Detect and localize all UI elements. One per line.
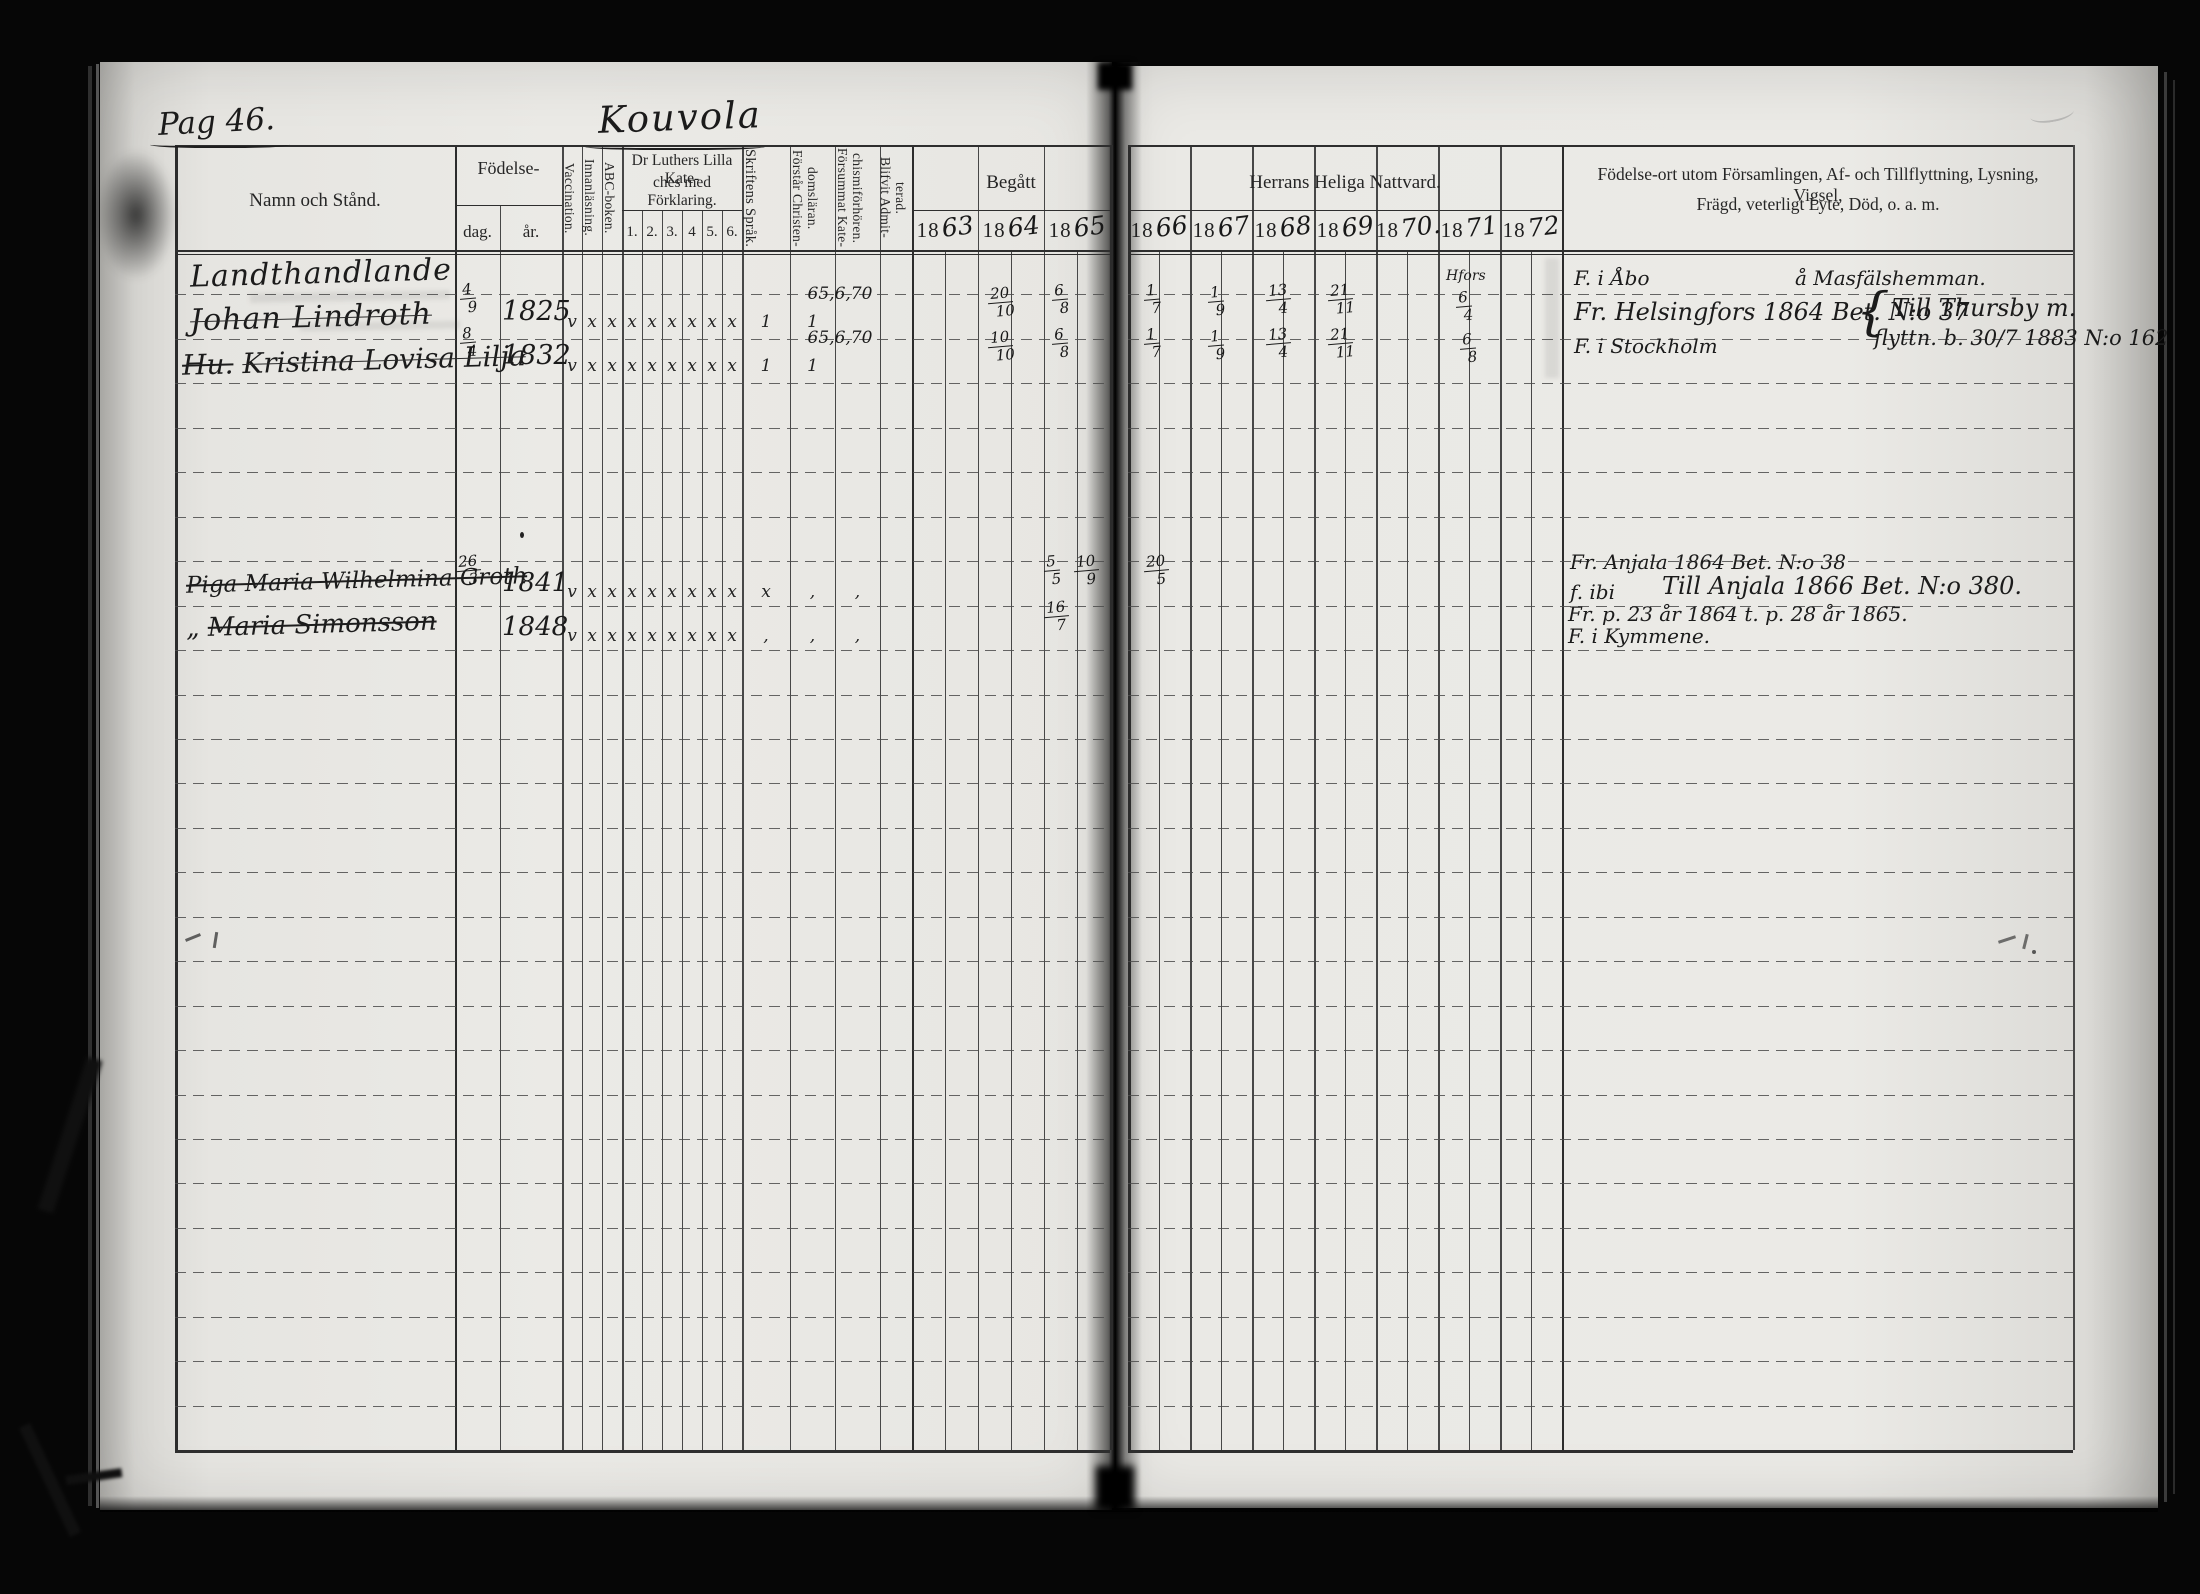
grid-line [1128, 517, 2073, 518]
check-mark: x [722, 356, 742, 376]
grid-line [1011, 250, 1012, 1450]
grid-line [1044, 145, 1045, 1450]
entry-name-text: Maria Simonsson [207, 607, 437, 643]
catechism-subcolumn-2: 2. [642, 224, 662, 241]
grid-line [1190, 145, 1192, 1450]
grid-line [175, 606, 1110, 607]
check-mark: , [790, 582, 835, 602]
grid-line [1345, 250, 1346, 1450]
grid-line [1128, 872, 2073, 873]
year-prefix: 18 [1131, 218, 1154, 242]
check-mark: x [582, 582, 602, 602]
grid-line [1159, 250, 1160, 1450]
grid-line [1128, 145, 1131, 1450]
column-header-understands-line1: Förstår Christen- [790, 148, 805, 248]
year-header-1864: 1864 [978, 214, 1044, 243]
year-prefix: 18 [917, 218, 940, 242]
grid-line [175, 1406, 1110, 1407]
column-header-admitted-line2: terad. [893, 148, 908, 248]
grid-line [742, 145, 744, 1450]
entry-communion-1865b-maria-w: 109 [1075, 553, 1103, 588]
year-suffix: 65 [1072, 210, 1107, 243]
grid-line [582, 145, 583, 1450]
check-mark: v [562, 356, 582, 376]
grid-line [1128, 650, 2073, 651]
grid-line [1376, 145, 1378, 1450]
grid-line [175, 561, 1110, 562]
check-mark: x [682, 356, 702, 376]
catechism-subcolumn-4: 4 [682, 224, 702, 241]
entry-birthyear-maria-w: 1841 [502, 568, 568, 598]
note-farm-name: å Masfälshemman. [1795, 266, 1986, 290]
check-mark: 1 [790, 356, 835, 376]
grid-line [1128, 917, 2073, 918]
column-header-birth-year: år. [500, 222, 562, 242]
grid-line [1562, 145, 1564, 1450]
grid-line [622, 210, 742, 211]
grid-line [912, 210, 1110, 211]
entry-communion-1865-johan: 68 [1053, 282, 1071, 316]
grid-line [175, 339, 1110, 340]
year-prefix: 18 [1049, 218, 1072, 242]
grid-line [175, 1272, 1110, 1273]
grid-line [642, 210, 643, 1450]
note-moved-to-anjala: Till Anjala 1866 Bet. N:o 380. [1662, 572, 2022, 600]
entry-birthyear-johan: 1825 [502, 296, 571, 327]
entry-communion-1865a-maria-w: 55 [1045, 553, 1063, 587]
entry-marks-johan: vxxxxxxxx11 [562, 312, 835, 332]
grid-line [1128, 383, 2073, 384]
grid-line [1128, 1228, 2073, 1229]
check-mark: x [702, 356, 722, 376]
year-suffix: 70. [1399, 210, 1442, 244]
year-prefix: 18 [1193, 218, 1216, 242]
year-prefix: 18 [1441, 218, 1464, 242]
check-mark: , [835, 626, 880, 646]
page-number-underline [150, 140, 290, 148]
column-header-abc-book: ABC-boken. [602, 148, 622, 248]
check-mark: x [602, 312, 622, 332]
column-header-birth-day: dag. [455, 222, 500, 242]
grid-line [175, 1006, 1110, 1007]
entry-communion-1871-johan: 64 [1457, 289, 1475, 323]
note-communion-ages: Fr. p. 23 år 1864 t. p. 28 år 1865. [1568, 602, 1908, 626]
entry-communion-1867-kristina: 19 [1209, 328, 1227, 362]
grid-line [1128, 1317, 2073, 1318]
check-mark: x [662, 312, 682, 332]
check-mark: v [562, 582, 582, 602]
entry-catechism-years-johan: 65,6,70 [796, 284, 884, 304]
entry-birthday-johan: 49 [461, 281, 479, 315]
ink-blotch [96, 150, 176, 280]
check-mark: x [622, 356, 642, 376]
check-mark: x [582, 356, 602, 376]
parish-title: Kouvola [597, 93, 762, 142]
grid-line [1128, 1361, 2073, 1362]
check-mark: x [602, 582, 622, 602]
grid-line [175, 1361, 1110, 1362]
entry-communion-1868-johan: 134 [1267, 282, 1295, 317]
check-mark: , [790, 626, 835, 646]
grid-line [1128, 739, 2073, 740]
grid-line [1128, 1450, 2073, 1453]
entry-birthyear-kristina: 1832 [502, 340, 571, 371]
grid-line [1438, 145, 1440, 1450]
grid-line [1128, 828, 2073, 829]
check-mark: x [622, 626, 642, 646]
grid-line [1531, 250, 1532, 1450]
check-mark: x [622, 582, 642, 602]
check-mark: v [562, 312, 582, 332]
entry-communion-1868-kristina: 134 [1267, 326, 1295, 361]
grid-line [175, 1317, 1110, 1318]
entry-name-johan: Johan Lindroth [190, 297, 433, 339]
entry-communion-1864-johan: 2010 [989, 285, 1017, 320]
grid-line [1128, 1406, 2073, 1407]
year-suffix: 69 [1340, 210, 1375, 243]
check-mark: , [742, 626, 790, 646]
grid-line [1128, 1050, 2073, 1051]
column-header-admitted-line1: Blifvit Admit- [878, 148, 893, 248]
check-mark: v [562, 626, 582, 646]
check-mark: x [582, 312, 602, 332]
check-mark: x [722, 312, 742, 332]
check-mark: x [662, 582, 682, 602]
note-moved-to-thursby: Till Thursby m. [1892, 294, 2076, 322]
column-header-scripture: Skriftens Språk. [742, 148, 790, 248]
entry-communion-1865-maria-s: 167 [1045, 599, 1073, 634]
check-mark: x [702, 312, 722, 332]
grid-line [175, 650, 1110, 651]
grid-line [1283, 250, 1284, 1450]
check-mark: 1 [742, 356, 790, 376]
year-header-1866: 1866 [1128, 214, 1190, 243]
check-mark: x [682, 582, 702, 602]
year-suffix: 67 [1216, 210, 1251, 243]
grid-line [175, 517, 1110, 518]
grid-line [175, 383, 1110, 384]
entry-communion-1866-maria-w: 205 [1145, 553, 1173, 588]
grid-line [175, 917, 1110, 918]
check-mark: x [602, 356, 622, 376]
catechism-subcolumn-5: 5. [702, 224, 722, 241]
check-mark: x [702, 582, 722, 602]
column-header-admitted: Blifvit Admit- terad. [878, 148, 912, 248]
year-suffix: 64 [1006, 210, 1041, 243]
grid-line [175, 428, 1110, 429]
column-header-communion-left: Begått [912, 172, 1110, 194]
grid-line [1314, 145, 1316, 1450]
year-prefix: 18 [1255, 218, 1278, 242]
grid-line [662, 210, 663, 1450]
grid-line [1128, 428, 2073, 429]
grid-line [175, 739, 1110, 740]
grid-line [978, 145, 979, 1450]
scanned-ledger-spread: Pag 46. Kouvola Namn och Stånd. Födelse-… [0, 0, 2200, 1594]
grid-line [175, 250, 1110, 252]
grid-line [175, 1228, 1110, 1229]
grid-line [1128, 472, 2073, 473]
entry-communion-1865-kristina: 68 [1053, 326, 1071, 360]
grid-line [1252, 145, 1254, 1450]
year-header-1863: 1863 [912, 214, 978, 243]
grid-line [1128, 254, 2073, 255]
grid-line [1128, 210, 1562, 211]
grid-line [1128, 1272, 2073, 1273]
grid-line [1128, 961, 2073, 962]
grid-line [175, 961, 1110, 962]
column-header-missed-line2: chismiförhören. [850, 148, 865, 248]
entry-communion-1871-kristina: 68 [1461, 331, 1479, 365]
column-header-vaccination: Vaccination. [562, 148, 582, 248]
entry-communion-1871-place-johan: Hfors [1446, 268, 1486, 284]
entry-communion-1866-johan: 17 [1145, 282, 1163, 316]
year-prefix: 18 [1503, 218, 1526, 242]
check-mark: x [702, 626, 722, 646]
check-mark: x [662, 626, 682, 646]
check-mark: , [835, 582, 880, 602]
check-mark: x [582, 626, 602, 646]
entry-communion-1866-kristina: 17 [1145, 326, 1163, 360]
entry-communion-1869-kristina: 2111 [1329, 326, 1357, 361]
entry-marks-kristina: vxxxxxxxx11 [562, 356, 835, 376]
grid-line [175, 254, 1110, 255]
note-moving-certificate: flyttn. b. 30/7 1883 N:o 162 [1874, 326, 2168, 350]
year-suffix: 68 [1278, 210, 1313, 243]
entry-birthyear-maria-s: 1848 [502, 612, 568, 642]
grid-line [1407, 250, 1408, 1450]
grid-line [175, 1183, 1110, 1184]
note-born-ibidem: f. ibi [1570, 580, 1615, 604]
column-header-name: Namn och Stånd. [175, 190, 455, 212]
grid-line [702, 210, 703, 1450]
check-mark: x [682, 626, 702, 646]
check-mark: x [662, 356, 682, 376]
grid-line [1500, 145, 1502, 1450]
grid-line [1077, 250, 1078, 1450]
entry-birthday-kristina: 84 [461, 325, 479, 359]
grid-line [175, 783, 1110, 784]
year-header-1872: 1872 [1500, 214, 1562, 243]
check-mark: 1 [742, 312, 790, 332]
column-header-understands-line2: domsläran. [805, 148, 820, 248]
column-header-birth: Födelse- [455, 158, 562, 179]
grid-line [455, 205, 562, 206]
year-prefix: 18 [983, 218, 1006, 242]
column-header-missed-line1: Försummat Kate- [835, 148, 850, 248]
entry-communion-1867-johan: 19 [1209, 284, 1227, 318]
check-mark: x [642, 312, 662, 332]
note-birthplace-johan: F. i Åbo [1574, 266, 1650, 290]
check-mark: x [722, 582, 742, 602]
check-mark: x [622, 312, 642, 332]
year-suffix: 66 [1154, 210, 1189, 243]
year-suffix: 63 [940, 210, 975, 243]
gutter-blob [1096, 1466, 1134, 1510]
check-mark: x [642, 626, 662, 646]
check-mark: x [602, 626, 622, 646]
grid-line [1128, 145, 2073, 147]
grid-line [175, 1095, 1110, 1096]
year-prefix: 18 [1317, 218, 1340, 242]
entry-communion-1864-kristina: 1010 [989, 329, 1017, 364]
grid-line [722, 210, 723, 1450]
entry-catechism-years-kristina: 65,6,70 [796, 328, 884, 348]
catechism-subcolumn-3: 3. [662, 224, 682, 241]
grid-line [1128, 1183, 2073, 1184]
ink-dot [520, 532, 524, 538]
grid-line [175, 1139, 1110, 1140]
year-header-1868: 1868 [1252, 214, 1314, 243]
page-number-label: Pag 46. [157, 101, 276, 143]
grid-line [1128, 250, 2073, 252]
grid-line [175, 145, 178, 1450]
check-mark: x [742, 582, 790, 602]
grid-line [1110, 145, 1113, 1450]
grid-line [1128, 1006, 2073, 1007]
year-header-1867: 1867 [1190, 214, 1252, 243]
year-header-1869: 1869 [1314, 214, 1376, 243]
grid-line [1128, 1139, 2073, 1140]
grid-line [682, 210, 683, 1450]
year-header-1865: 1865 [1044, 214, 1110, 243]
entry-marks-maria-w: vxxxxxxxxx,, [562, 582, 880, 602]
entry-occupation-heading: Landthandlande [190, 252, 453, 294]
check-mark: x [642, 356, 662, 376]
column-header-communion-right: Herrans Heliga Nattvard. [1128, 172, 1562, 194]
grid-line [1128, 783, 2073, 784]
grid-line [175, 872, 1110, 873]
catechism-subcolumn-1: 1. [622, 224, 642, 241]
grid-line [175, 695, 1110, 696]
grid-line [1469, 250, 1470, 1450]
year-suffix: 71 [1464, 210, 1499, 243]
column-header-reading: Innanläsning. [582, 148, 602, 248]
grid-line [175, 472, 1110, 473]
note-moved-from-anjala: Fr. Anjala 1864 Bet. N:o 38 [1570, 550, 1846, 574]
grid-line [175, 828, 1110, 829]
column-header-notes-line2: Frägd, veterligt Lyte, Död, o. a. m. [1572, 194, 2064, 215]
entry-communion-1869-johan: 2111 [1329, 282, 1357, 317]
grid-line [1128, 695, 2073, 696]
entry-marks-maria-s: vxxxxxxxx,,, [562, 626, 880, 646]
note-birthplace-kristina: F. i Stockholm [1574, 334, 1718, 358]
column-header-understands: Förstår Christen- domsläran. [790, 148, 835, 248]
entry-name-prefix: Hu. [182, 347, 234, 381]
grid-line [622, 145, 624, 1450]
grid-line [1221, 250, 1222, 1450]
entry-birthday-maria-w: 263 [457, 553, 485, 588]
year-prefix: 18 [1376, 218, 1399, 242]
year-suffix: 72 [1526, 210, 1561, 243]
gutter-blob [1098, 62, 1132, 90]
grid-line [175, 1050, 1110, 1051]
catechism-subcolumn-6: 6. [722, 224, 742, 241]
grid-line [175, 1450, 1110, 1453]
grid-line [790, 145, 791, 1450]
check-mark: x [682, 312, 702, 332]
grid-line [602, 145, 603, 1450]
year-header-1870: 1870. [1376, 214, 1438, 243]
column-header-missed-exam: Försummat Kate- chismiförhören. [835, 148, 880, 248]
grid-line [945, 250, 946, 1450]
entry-name-prefix: „ [186, 613, 200, 643]
stray-ink-mark [2032, 950, 2036, 954]
check-mark: x [722, 626, 742, 646]
grid-line [1128, 1095, 2073, 1096]
check-mark: x [642, 582, 662, 602]
grid-line [912, 145, 914, 1450]
note-birthplace-kymmene: F. i Kymmene. [1568, 624, 1710, 648]
bleedthrough-smudge [1545, 258, 1559, 378]
column-header-catechism-line2: ches med Förklaring. [620, 174, 744, 210]
year-header-1871: 1871 [1438, 214, 1500, 243]
